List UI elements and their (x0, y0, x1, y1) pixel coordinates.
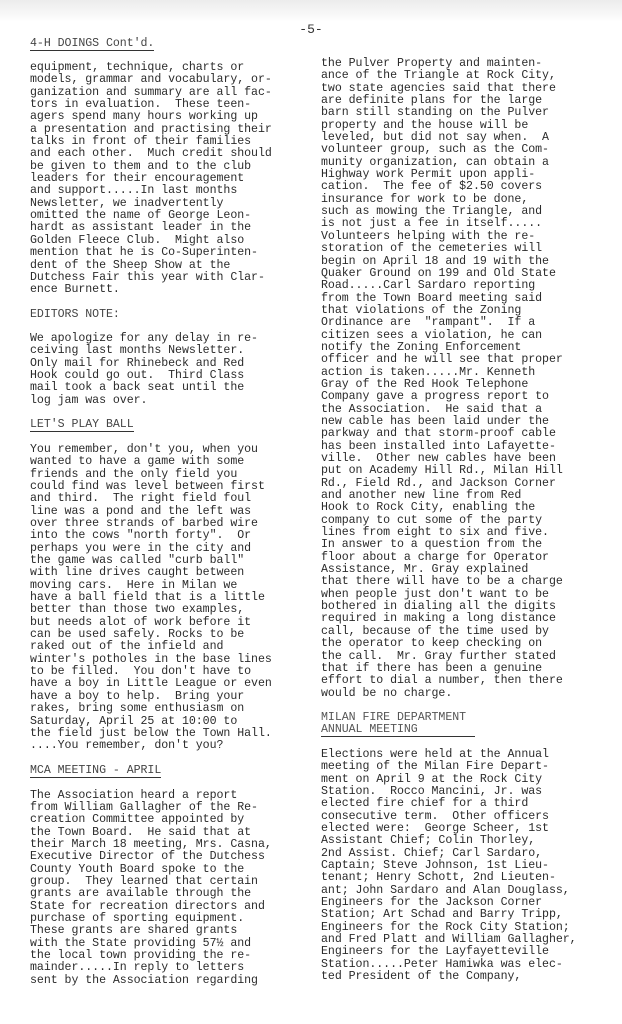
section-heading-4h-doings: 4-H DOINGS Cont'd. (30, 38, 154, 51)
page-number: -5- (0, 22, 622, 37)
section-heading-editors-note: EDITORS NOTE: (30, 309, 320, 321)
left-column: 4-H DOINGS Cont'd. equipment, technique,… (30, 38, 320, 999)
section-heading-lets-play-ball: LET'S PLAY BALL (30, 419, 134, 432)
paragraph-mca-meeting-continued: the Pulver Property and mainten- ance of… (321, 58, 617, 700)
section-heading-fire-department: MILAN FIRE DEPARTMENT ANNUAL MEETING (321, 712, 475, 737)
paragraph-lets-play-ball: You remember, don't you, when you wanted… (30, 444, 320, 753)
section-heading-mca-meeting: MCA MEETING - APRIL (30, 765, 161, 778)
paragraph-4h-doings: equipment, technique, charts or models, … (30, 62, 320, 297)
fire-heading-line-2: ANNUAL MEETING (321, 723, 418, 736)
paragraph-mca-meeting: The Association heard a report from Will… (30, 790, 320, 988)
scan-shading (0, 0, 622, 22)
right-column: the Pulver Property and mainten- ance of… (321, 58, 617, 995)
paragraph-fire-department: Elections were held at the Annual meetin… (321, 749, 617, 984)
paragraph-editors-note: We apologize for any delay in re- ceivin… (30, 333, 320, 407)
